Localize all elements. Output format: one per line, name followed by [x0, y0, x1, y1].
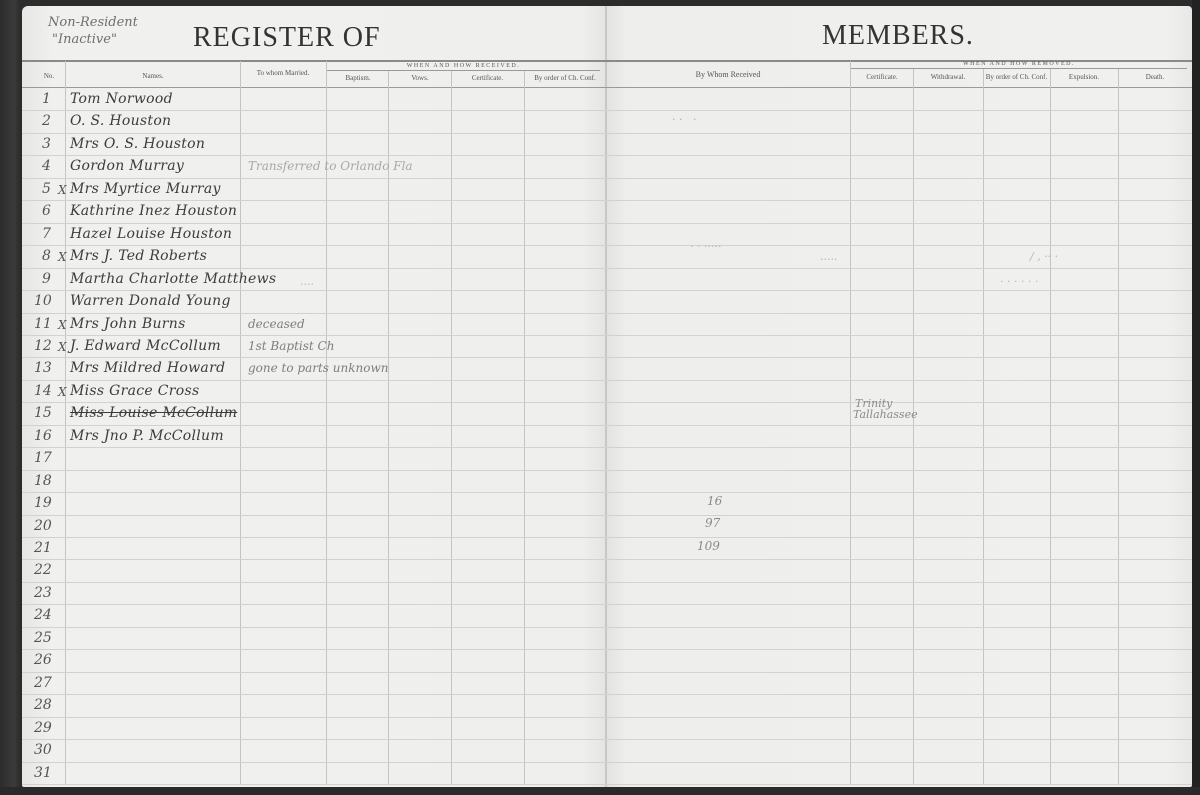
member-name: O. S. Houston — [70, 113, 171, 129]
row-rule — [22, 335, 1192, 336]
col-header-removed-certificate: Certificate. — [851, 73, 913, 81]
right-page-title: MEMBERS. — [822, 20, 974, 52]
row-number: 1 — [42, 91, 72, 107]
row-rule — [22, 268, 1192, 269]
row-number: 8 — [42, 248, 72, 264]
row-rule — [22, 784, 1192, 785]
row-rule — [22, 604, 1192, 605]
row-x-mark: X — [58, 250, 67, 264]
member-name: Mrs J. Ted Roberts — [70, 248, 207, 264]
row-number: 5 — [42, 181, 72, 197]
member-name: Martha Charlotte Matthews — [70, 271, 276, 287]
row-number: 3 — [42, 136, 72, 152]
erased-mark: · · · — [672, 113, 696, 126]
row-number: 29 — [34, 720, 64, 736]
row-rule — [22, 110, 1192, 111]
col-header-names: Names. — [66, 72, 240, 80]
married-note: 1st Baptist Ch — [248, 339, 334, 353]
book-gutter — [605, 6, 607, 787]
col-header-death: Death. — [1118, 73, 1192, 81]
row-number: 31 — [34, 765, 64, 781]
register-book: Non-Resident "Inactive" REGISTER OF MEMB… — [0, 0, 1200, 795]
erased-mark: / , ·· · — [1030, 250, 1058, 263]
married-note: deceased — [248, 317, 305, 331]
row-rule — [22, 357, 1192, 358]
row-rule — [22, 582, 1192, 583]
row-number: 4 — [42, 158, 72, 174]
row-x-mark: X — [58, 385, 67, 399]
erased-mark: · · ····· — [690, 240, 721, 253]
col-header-vows: Vows. — [389, 74, 451, 82]
col-header-no: No. — [32, 72, 66, 80]
book-cover-edge-bottom — [0, 787, 1200, 795]
row-rule — [22, 762, 1192, 763]
col-header-withdrawal: Withdrawal. — [913, 73, 983, 81]
erased-mark: · · · · · · — [1000, 275, 1038, 288]
row-number: 16 — [34, 428, 64, 444]
left-page-title: REGISTER OF — [193, 22, 381, 54]
row-rule — [22, 515, 1192, 516]
col-header-married: To whom Married. — [240, 69, 326, 77]
married-note: Transferred to Orlando Fla — [248, 159, 413, 173]
row-number: 21 — [34, 540, 64, 556]
member-name: Tom Norwood — [70, 91, 173, 107]
row-rule — [22, 537, 1192, 538]
row-number: 25 — [34, 630, 64, 646]
row-rule — [22, 245, 1192, 246]
header-bottom-rule — [22, 87, 1192, 88]
book-cover-edge-right — [1192, 0, 1200, 795]
row-rule — [22, 717, 1192, 718]
row-rule — [22, 223, 1192, 224]
annotation-by-whom-20: 97 — [705, 516, 720, 530]
row-rule — [22, 200, 1192, 201]
row-x-mark: X — [58, 183, 67, 197]
col-header-expulsion: Expulsion. — [1050, 73, 1118, 81]
member-name: Mrs Myrtice Murray — [70, 181, 221, 197]
erased-mark: ····· — [820, 253, 837, 266]
margin-note-line-1: Non-Resident — [48, 16, 138, 30]
married-note: gone to parts unknown — [248, 361, 388, 375]
erased-mark: ···· — [300, 278, 314, 291]
row-rule — [22, 402, 1192, 403]
member-name: Mrs Mildred Howard — [70, 360, 225, 376]
row-rule — [22, 739, 1192, 740]
annotation-tallahassee: Tallahassee — [853, 409, 918, 420]
row-number: 22 — [34, 562, 64, 578]
col-divider — [983, 69, 984, 785]
row-number: 19 — [34, 495, 64, 511]
row-rule — [22, 313, 1192, 314]
member-name: Gordon Murray — [70, 158, 184, 174]
member-name: Mrs John Burns — [70, 316, 186, 332]
row-rule — [22, 155, 1192, 156]
member-name: Warren Donald Young — [70, 293, 231, 309]
row-rule — [22, 694, 1192, 695]
row-number: 7 — [42, 226, 72, 242]
group-rule-received — [327, 70, 600, 71]
row-number: 27 — [34, 675, 64, 691]
member-name: J. Edward McCollum — [70, 338, 221, 354]
row-number: 9 — [42, 271, 72, 287]
row-x-mark: X — [58, 340, 67, 354]
row-rule — [22, 133, 1192, 134]
row-number: 15 — [34, 405, 64, 421]
member-name: Mrs O. S. Houston — [70, 136, 205, 152]
col-divider — [240, 61, 241, 785]
row-number: 13 — [34, 360, 64, 376]
member-name: Kathrine Inez Houston — [70, 203, 237, 219]
col-header-certificate: Certificate. — [451, 74, 524, 82]
annotation-by-whom-19: 16 — [707, 494, 722, 508]
col-header-by-order: By order of Ch. Conf. — [524, 74, 606, 82]
row-x-mark: X — [58, 318, 67, 332]
row-rule — [22, 470, 1192, 471]
group-header-received: WHEN AND HOW RECEIVED. — [327, 63, 600, 69]
member-name: Mrs Jno P. McCollum — [70, 428, 224, 444]
row-rule — [22, 425, 1192, 426]
member-name: Miss Grace Cross — [70, 383, 199, 399]
row-rule — [22, 380, 1192, 381]
col-divider — [1050, 69, 1051, 785]
annotation-by-whom-21: 109 — [697, 539, 720, 553]
margin-note-line-2: "Inactive" — [52, 33, 117, 47]
row-number: 26 — [34, 652, 64, 668]
row-rule — [22, 672, 1192, 673]
row-rule — [22, 649, 1192, 650]
row-number: 28 — [34, 697, 64, 713]
row-number: 10 — [34, 293, 64, 309]
row-number: 24 — [34, 607, 64, 623]
row-rule — [22, 178, 1192, 179]
col-header-by-whom: By Whom Received — [606, 70, 850, 79]
col-divider — [1118, 69, 1119, 785]
row-number: 23 — [34, 585, 64, 601]
row-number: 30 — [34, 742, 64, 758]
row-number: 18 — [34, 473, 64, 489]
group-rule-removed — [851, 68, 1187, 69]
row-number: 6 — [42, 203, 72, 219]
row-rule — [22, 627, 1192, 628]
group-header-removed: WHEN AND HOW REMOVED. — [851, 61, 1187, 67]
col-divider — [850, 61, 851, 785]
row-rule — [22, 447, 1192, 448]
row-number: 20 — [34, 518, 64, 534]
row-rule — [22, 559, 1192, 560]
row-rule — [22, 492, 1192, 493]
col-header-removed-by-order: By order of Ch. Conf. — [983, 73, 1050, 81]
member-name: Miss Louise McCollum — [70, 405, 237, 421]
row-rule — [22, 290, 1192, 291]
col-header-baptism: Baptism. — [327, 74, 389, 82]
row-number: 17 — [34, 450, 64, 466]
col-divider — [913, 69, 914, 785]
member-name: Hazel Louise Houston — [70, 226, 232, 242]
row-number: 2 — [42, 113, 72, 129]
